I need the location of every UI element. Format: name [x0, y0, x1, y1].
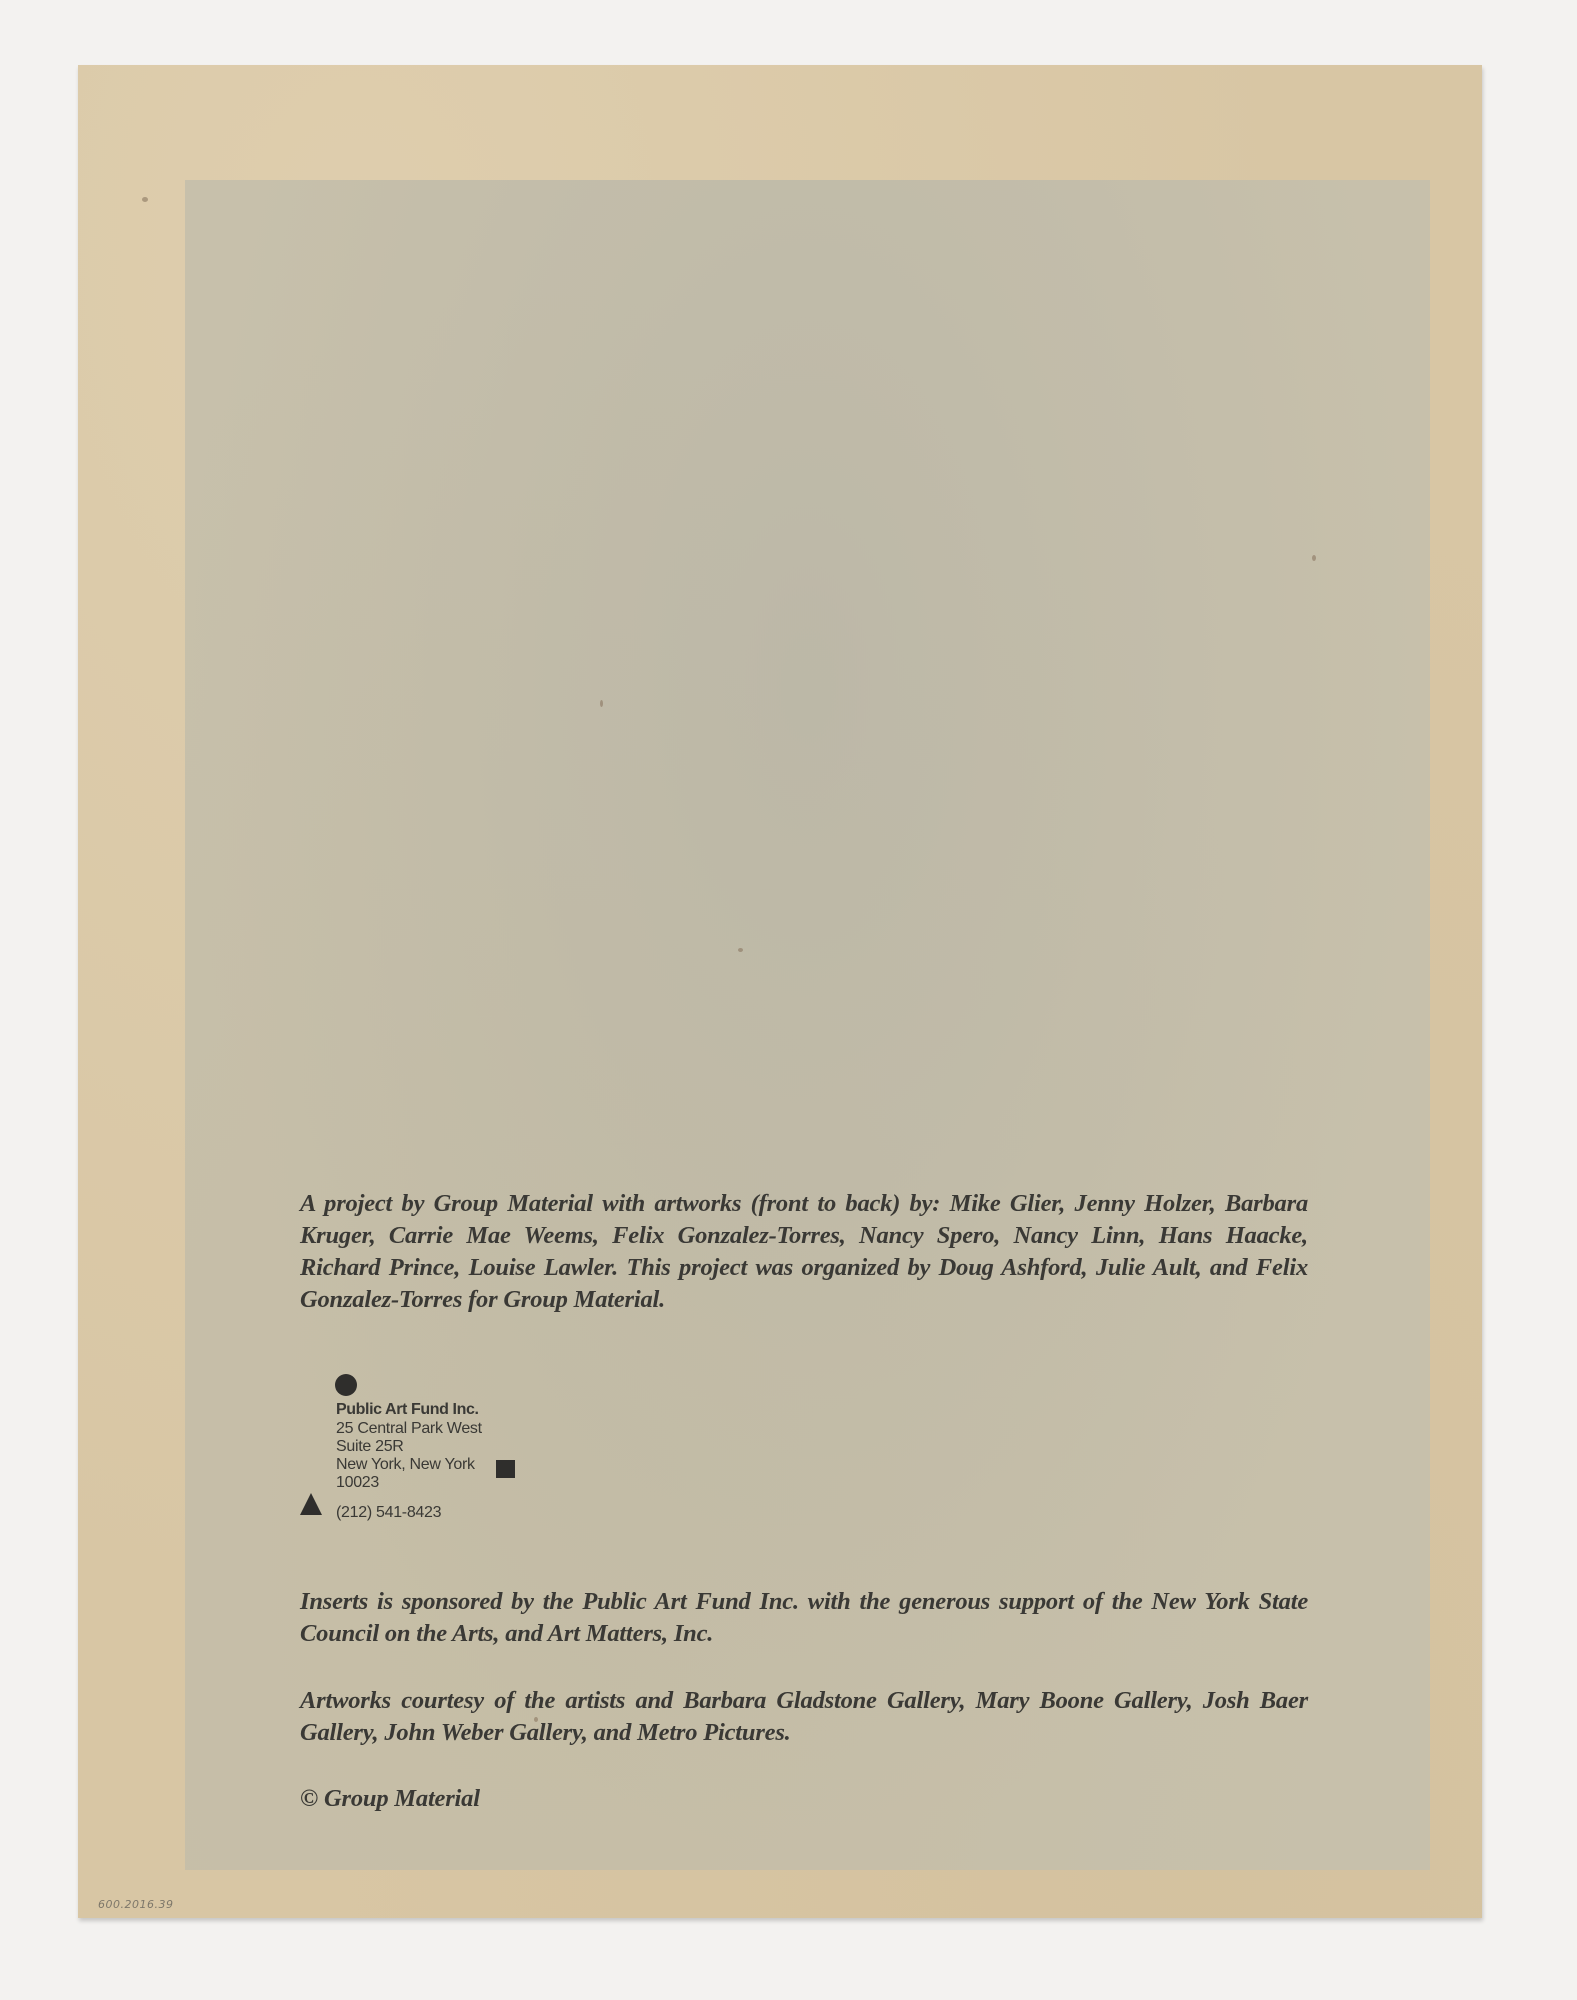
courtesy-paragraph: Artworks courtesy of the artists and Bar… [300, 1685, 1308, 1749]
triangle-logo-icon [300, 1493, 322, 1515]
paper-speck [738, 948, 743, 952]
publisher-address-line-2: Suite 25R [336, 1438, 404, 1456]
publisher-city-state: New York, New York [336, 1456, 475, 1474]
publisher-zip: 10023 [336, 1474, 379, 1492]
publisher-phone: (212) 541-8423 [336, 1504, 441, 1522]
publisher-name: Public Art Fund Inc. [336, 1401, 479, 1419]
paper-speck [600, 700, 603, 707]
credits-paragraph: A project by Group Material with artwork… [300, 1188, 1308, 1316]
circle-logo-icon [335, 1374, 357, 1396]
square-logo-icon [496, 1460, 515, 1478]
sponsorship-paragraph: Inserts is sponsored by the Public Art F… [300, 1586, 1308, 1650]
pencil-inventory-note: 600.2016.39 [98, 1898, 173, 1911]
publisher-address-line-1: 25 Central Park West [336, 1420, 482, 1438]
paper-speck [142, 197, 148, 202]
paper-speck [1312, 555, 1316, 561]
copyright-line: © Group Material [300, 1783, 700, 1815]
